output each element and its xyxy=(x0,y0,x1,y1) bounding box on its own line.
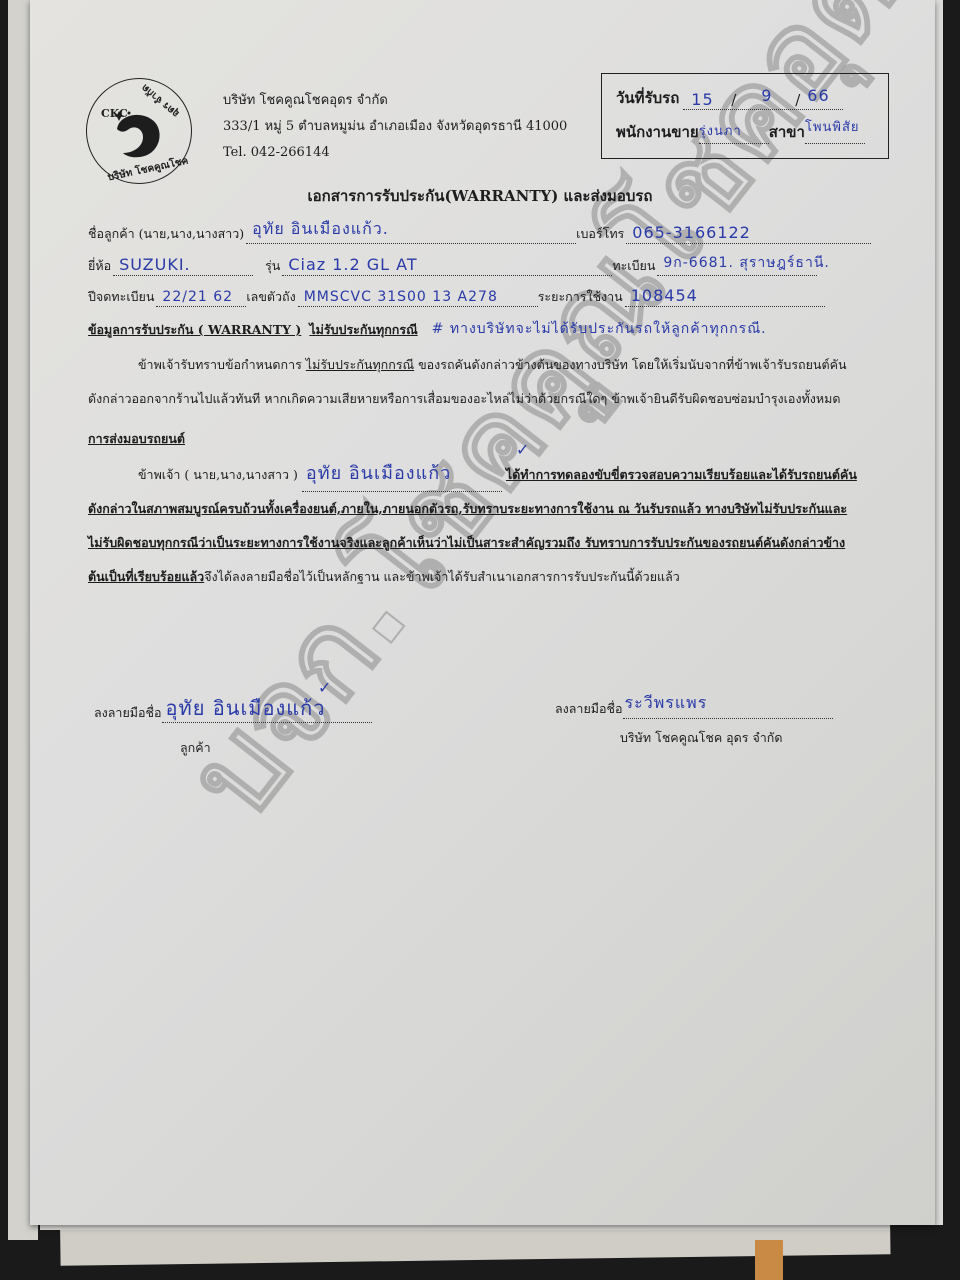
ack-no-warranty: ไม่รับประกันทุกกรณี xyxy=(306,357,414,372)
model-field: Ciaz 1.2 GL AT xyxy=(282,257,612,276)
plate-field: 9ก-6681. สุราษฎร์ธานี. xyxy=(657,257,817,276)
company-logo: CKC อุดร จำกัด บริษัท โชคคูณโชค xyxy=(86,78,192,184)
reg-year-label: ปีจดทะเบียน xyxy=(88,287,154,307)
delivery-name-field: อุทัย อินเมืองแก้ว xyxy=(302,473,502,492)
chassis-field: MMSCVC 31S00 13 A278 xyxy=(298,288,538,307)
warranty-handwritten-note: # ทางบริษัทจะไม่ได้รับประกันรถให้ลูกค้าท… xyxy=(432,318,767,340)
receipt-month: 9 xyxy=(761,86,772,105)
delivery-heading-block: การส่งมอบรถยนต์ xyxy=(88,422,858,456)
brand-value: SUZUKI. xyxy=(119,255,191,274)
company-signature-line: ลงลายมือชื่อ ระวีพรแพร xyxy=(555,699,833,719)
delivery-intro: ข้าพเจ้า ( นาย,นาง,นางสาว ) xyxy=(138,467,298,482)
customer-caption: ลูกค้า xyxy=(180,738,211,758)
reg-year-field: 22/21 62 xyxy=(156,288,246,307)
checkmark-icon: ✓ xyxy=(516,440,529,459)
customer-sign-label: ลงลายมือชื่อ xyxy=(94,703,162,723)
warranty-status: ไม่รับประกันทุกกรณี xyxy=(309,320,417,340)
brand-field: SUZUKI. xyxy=(113,257,253,276)
customer-field: อุทัย อินเมืองแก้ว. xyxy=(246,225,576,244)
company-tel: Tel. 042-266144 xyxy=(223,140,567,166)
mileage-label: ระยะการใช้งาน xyxy=(538,287,623,307)
model-label: รุ่น xyxy=(265,256,280,276)
model-value: Ciaz 1.2 GL AT xyxy=(288,255,417,274)
reg-year-value: 22/21 62 xyxy=(162,289,233,305)
customer-signature-line: ลงลายมือชื่อ อุทัย อินเมืองแก้ว xyxy=(94,703,372,723)
customer-signature-field: อุทัย อินเมืองแก้ว xyxy=(162,704,372,723)
phone-value: 065-3166122 xyxy=(632,223,751,242)
chassis-value: MMSCVC 31S00 13 A278 xyxy=(304,289,498,305)
company-caption: บริษัท โชคคูณโชค อุดร จำกัด xyxy=(620,728,783,748)
document-title: เอกสารการรับประกัน(WARRANTY) และส่งมอบรถ xyxy=(0,184,960,208)
delivery-paragraph: ข้าพเจ้า ( นาย,นาง,นางสาว ) อุทัย อินเมื… xyxy=(88,458,858,594)
receipt-info-box: วันที่รับรถ 15 / 9 / 66 พนักงานขาย รุ่งน… xyxy=(601,73,889,159)
salesperson-label: พนักงานขาย xyxy=(616,120,699,144)
company-address: 333/1 หมู่ 5 ตำบลหมูม่น อำเภอเมือง จังหว… xyxy=(223,114,567,140)
bird-icon xyxy=(109,109,169,161)
receipt-date-label: วันที่รับรถ xyxy=(616,86,679,110)
salesperson-field: รุ่งนภา xyxy=(699,125,769,144)
orange-tape xyxy=(755,1240,783,1280)
customer-signature: อุทัย อินเมืองแก้ว xyxy=(166,692,326,724)
brand-label: ยี่ห้อ xyxy=(88,256,111,276)
company-name: บริษัท โชคคูณโชคอุดร จำกัด xyxy=(223,88,567,114)
warranty-info-row: ข้อมูลการรับประกัน ( WARRANTY ) ไม่รับปร… xyxy=(88,318,767,340)
company-signature-field: ระวีพรแพร xyxy=(623,700,833,719)
acknowledgement-paragraph: ข้าพเจ้ารับทราบข้อกำหนดการ ไม่รับประกันท… xyxy=(88,348,858,416)
customer-label: ชื่อลูกค้า (นาย,นาง,นางสาว) xyxy=(88,224,244,244)
salesperson-value: รุ่งนภา xyxy=(699,120,742,141)
mileage-value: 108454 xyxy=(631,286,698,305)
plate-value: 9ก-6681. สุราษฎร์ธานี. xyxy=(663,252,829,274)
chassis-label: เลขตัวถัง xyxy=(246,287,295,307)
delivery-name-value: อุทัย อินเมืองแก้ว xyxy=(306,457,451,491)
company-signature: ระวีพรแพร xyxy=(625,691,708,716)
customer-row: ชื่อลูกค้า (นาย,นาง,นางสาว) อุทัย อินเมื… xyxy=(88,224,871,244)
phone-label: เบอร์โทร xyxy=(576,224,624,244)
receipt-year: 66 xyxy=(807,86,829,105)
customer-value: อุทัย อินเมืองแก้ว. xyxy=(252,217,389,242)
receipt-date-field: 15 / 9 / 66 xyxy=(683,91,843,110)
receipt-day: 15 xyxy=(691,90,713,109)
delivery-heading: การส่งมอบรถยนต์ xyxy=(88,431,185,446)
registration-row: ปีจดทะเบียน 22/21 62 เลขตัวถัง MMSCVC 31… xyxy=(88,287,825,307)
branch-field: โพนพิสัย xyxy=(805,125,865,144)
plate-label: ทะเบียน xyxy=(612,256,655,276)
branch-value: โพนพิสัย xyxy=(805,116,860,137)
company-info: บริษัท โชคคูณโชคอุดร จำกัด 333/1 หมู่ 5 … xyxy=(223,88,567,166)
mileage-field: 108454 xyxy=(625,288,825,307)
delivery-closing: จึงได้ลงลายมือชื่อไว้เป็นหลักฐาน และข้าพ… xyxy=(204,569,680,584)
warranty-label: ข้อมูลการรับประกัน ( WARRANTY ) xyxy=(88,320,301,340)
branch-label: สาขา xyxy=(769,120,805,144)
vehicle-row: ยี่ห้อ SUZUKI. รุ่น Ciaz 1.2 GL AT ทะเบี… xyxy=(88,256,817,276)
ack-part1: ข้าพเจ้ารับทราบข้อกำหนดการ xyxy=(138,357,306,372)
phone-field: 065-3166122 xyxy=(626,225,871,244)
company-sign-label: ลงลายมือชื่อ xyxy=(555,699,623,719)
